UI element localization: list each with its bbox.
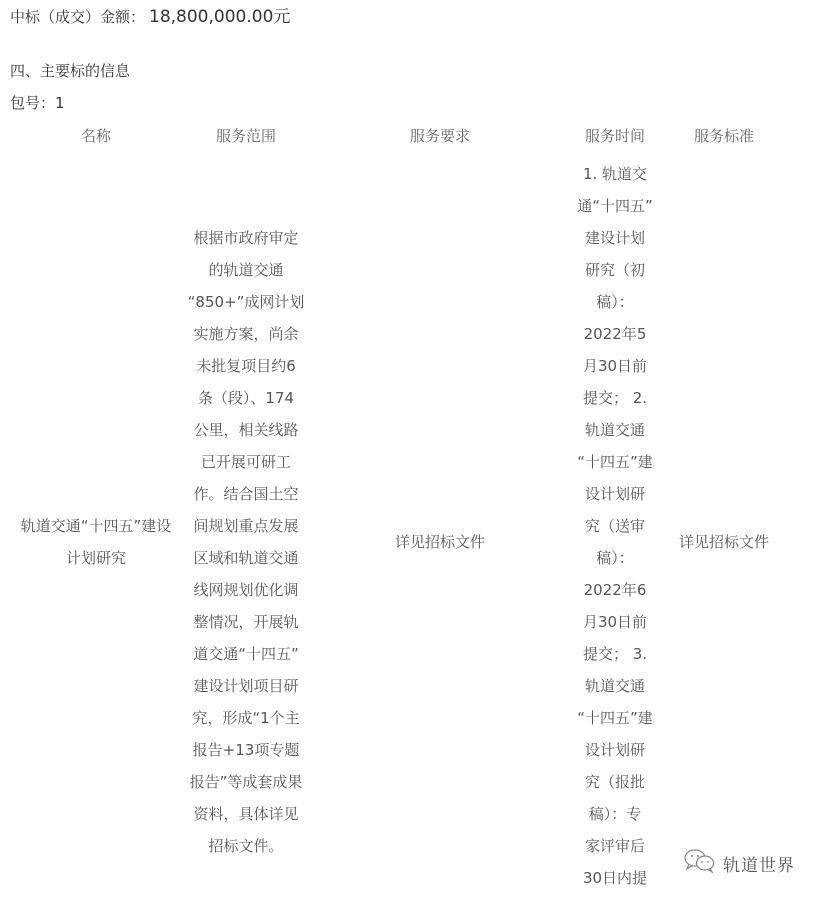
header-standard: 服务标准 (665, 125, 783, 147)
header-scope: 服务范围 (182, 125, 310, 147)
package-number: 包号：1 (10, 92, 65, 114)
section-title: 四、主要标的信息 (10, 60, 130, 82)
cell-standard: 详见招标文件 (665, 526, 783, 558)
award-amount-label: 中标（成交）金额： (10, 8, 145, 26)
cell-name: 轨道交通“十四五”建设 计划研究 (10, 510, 182, 574)
wechat-icon (683, 848, 723, 879)
award-amount-value: 18,800,000.00元 (149, 7, 290, 27)
watermark-text: 轨道世界 (723, 851, 795, 876)
award-amount: 中标（成交）金额：18,800,000.00元 (10, 6, 290, 28)
cell-scope: 根据市政府审定 的轨道交通 “850+”成网计划 实施方案，尚余 未批复项目约6… (182, 222, 310, 862)
header-time: 服务时间 (565, 125, 665, 147)
watermark: 轨道世界 (683, 848, 795, 879)
cell-time: 1. 轨道交 通“十四五” 建设计划 研究（初 稿）： 2022年5 月30日前… (565, 158, 665, 894)
cell-requirement: 详见招标文件 (340, 526, 540, 558)
header-name: 名称 (10, 125, 182, 147)
header-requirement: 服务要求 (340, 125, 540, 147)
